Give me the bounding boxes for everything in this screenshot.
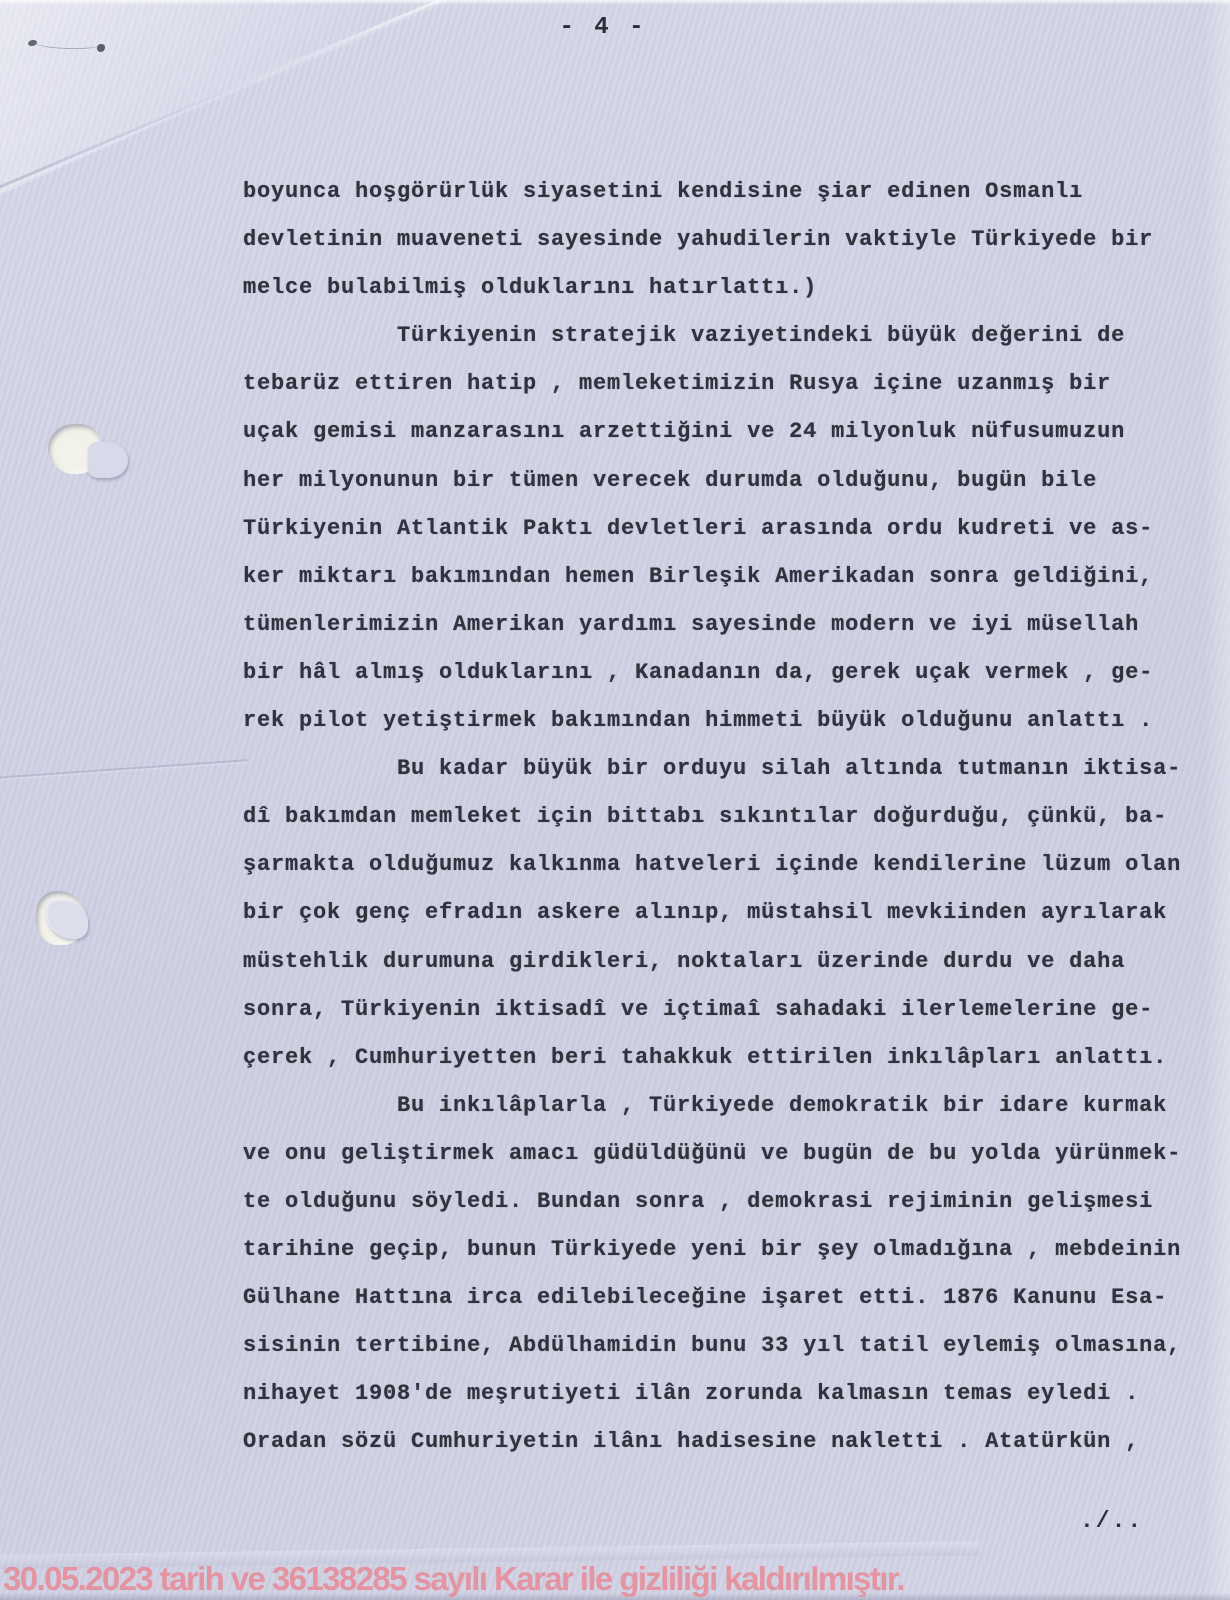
text-line: dî bakımdan memleket için bittabı sıkınt… [243, 804, 1208, 852]
text-line: Bu kadar büyük bir orduyu silah altında … [243, 756, 1208, 804]
text-line: te olduğunu söyledi. Bundan sonra , demo… [243, 1189, 1208, 1237]
text-line: bir hâl almış olduklarını , Kanadanın da… [243, 660, 1208, 708]
declassification-watermark: 30.05.2023 tarih ve 36138285 sayılı Kara… [3, 1560, 904, 1598]
text-line: çerek , Cumhuriyetten beri tahakkuk etti… [243, 1045, 1208, 1093]
page-number: - 4 - [559, 14, 646, 41]
text-line: bir çok genç efradın askere alınıp, müst… [243, 900, 1208, 948]
text-line: rek pilot yetiştirmek bakımından himmeti… [243, 708, 1208, 756]
text-line: ve onu geliştirmek amacı güdüldüğünü ve … [243, 1141, 1208, 1189]
continuation-mark: ./.. [1080, 1508, 1143, 1534]
text-line: tebarüz ettiren hatip , memleketimizin R… [243, 371, 1208, 419]
text-line: Gülhane Hattına irca edilebileceğine işa… [243, 1285, 1208, 1333]
text-line: Oradan sözü Cumhuriyetin ilânı hadisesin… [243, 1429, 1208, 1477]
typewritten-text-body: boyunca hoşgörürlük siyasetini kendisine… [243, 179, 1208, 1478]
text-line: boyunca hoşgörürlük siyasetini kendisine… [243, 179, 1208, 227]
text-line: nihayet 1908'de meşrutiyeti ilân zorunda… [243, 1381, 1208, 1429]
text-line: tarihine geçip, bunun Türkiyede yeni bir… [243, 1237, 1208, 1285]
text-line: sisinin tertibine, Abdülhamidin bunu 33 … [243, 1333, 1208, 1381]
corner-fold-crease [0, 0, 446, 191]
scratch-mark [34, 37, 100, 50]
text-line: şarmakta olduğumuz kalkınma hatveleri iç… [243, 852, 1208, 900]
text-line: ker miktarı bakımından hemen Birleşik Am… [243, 564, 1208, 612]
text-line: devletinin muaveneti sayesinde yahudiler… [243, 227, 1208, 275]
text-line: müstehlik durumuna girdikleri, noktaları… [243, 949, 1208, 997]
text-line: Türkiyenin stratejik vaziyetindeki büyük… [243, 323, 1208, 371]
text-line: sonra, Türkiyenin iktisadî ve içtimaî sa… [243, 997, 1208, 1045]
punch-hole-flap [88, 442, 128, 478]
text-line: Bu inkılâplarla , Türkiyede demokratik b… [243, 1093, 1208, 1141]
text-line: Türkiyenin Atlantik Paktı devletleri ara… [243, 516, 1208, 564]
punch-hole-top [40, 420, 130, 482]
horizontal-fold-crease [0, 759, 249, 779]
punch-hole-bottom [30, 885, 110, 953]
text-line: her milyonunun bir tümen verecek durumda… [243, 468, 1208, 516]
text-line: uçak gemisi manzarasını arzettiğini ve 2… [243, 419, 1208, 467]
scanned-document-page: - 4 - boyunca hoşgörürlük siyasetini ken… [0, 0, 1230, 1600]
text-line: tümenlerimizin Amerikan yardımı sayesind… [243, 612, 1208, 660]
page-top-edge [0, 0, 1230, 5]
text-line: melce bulabilmiş olduklarını hatırlattı.… [243, 275, 1208, 323]
